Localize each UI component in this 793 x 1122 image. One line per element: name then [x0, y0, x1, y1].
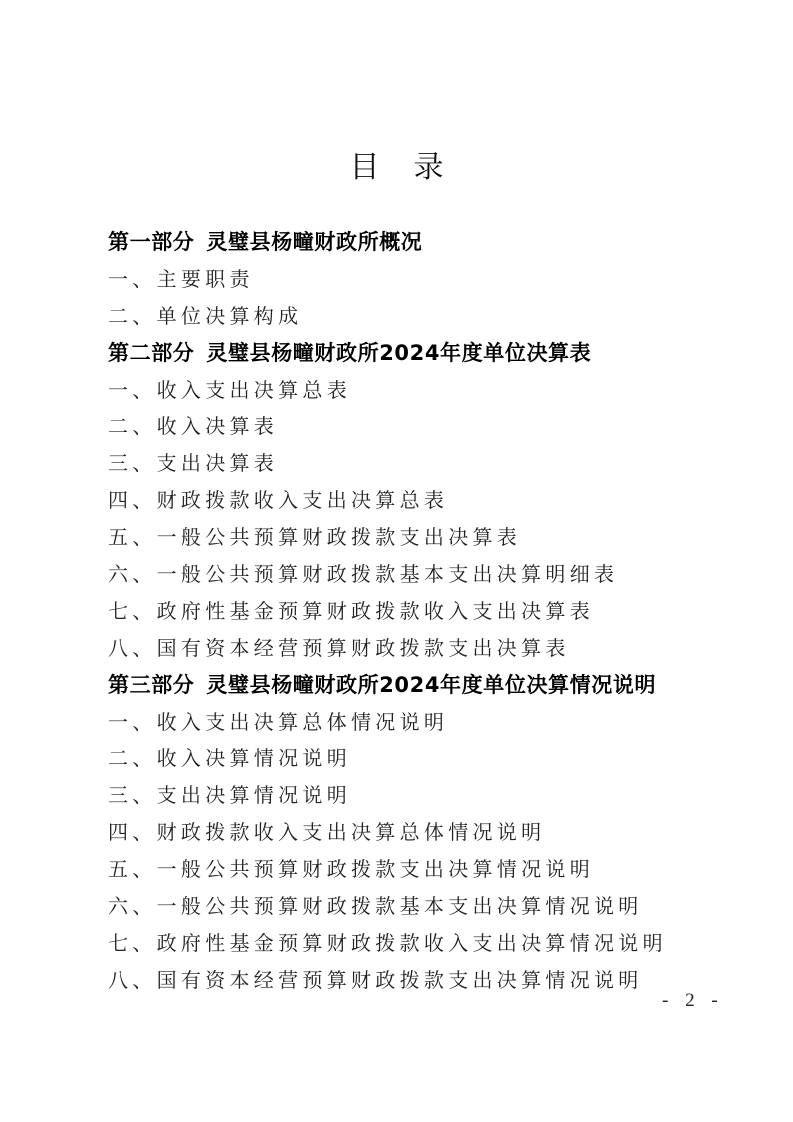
- table-of-contents: 第一部分灵璧县杨疃财政所概况 一、主要职责 二、单位决算构成 第二部分灵璧县杨疃…: [108, 224, 748, 999]
- toc-item[interactable]: 七、政府性基金预算财政拨款收入支出决算表: [108, 593, 748, 630]
- toc-item[interactable]: 三、支出决算情况说明: [108, 777, 748, 814]
- page-number: - 2 -: [662, 990, 724, 1012]
- toc-item[interactable]: 二、收入决算情况说明: [108, 740, 748, 777]
- toc-item[interactable]: 二、单位决算构成: [108, 298, 748, 335]
- toc-part-heading[interactable]: 第三部分灵璧县杨疃财政所2024年度单位决算情况说明: [108, 667, 748, 704]
- part-title: 灵璧县杨疃财政所概况: [206, 230, 422, 254]
- toc-item[interactable]: 七、政府性基金预算财政拨款收入支出决算情况说明: [108, 925, 748, 962]
- toc-item[interactable]: 八、国有资本经营预算财政拨款支出决算情况说明: [108, 962, 748, 999]
- part-label: 第一部分: [108, 230, 194, 254]
- toc-item[interactable]: 一、收入支出决算总体情况说明: [108, 704, 748, 741]
- toc-item[interactable]: 八、国有资本经营预算财政拨款支出决算表: [108, 630, 748, 667]
- toc-item[interactable]: 四、财政拨款收入支出决算总体情况说明: [108, 814, 748, 851]
- toc-item[interactable]: 六、一般公共预算财政拨款基本支出决算情况说明: [108, 888, 748, 925]
- part-label: 第三部分: [108, 673, 194, 697]
- toc-item[interactable]: 五、一般公共预算财政拨款支出决算情况说明: [108, 851, 748, 888]
- page-title: 目录: [0, 142, 793, 186]
- toc-item[interactable]: 五、一般公共预算财政拨款支出决算表: [108, 519, 748, 556]
- part-title: 灵璧县杨疃财政所2024年度单位决算情况说明: [206, 673, 656, 697]
- toc-item[interactable]: 一、收入支出决算总表: [108, 372, 748, 409]
- part-title: 灵璧县杨疃财政所2024年度单位决算表: [206, 341, 591, 365]
- toc-item[interactable]: 六、一般公共预算财政拨款基本支出决算明细表: [108, 556, 748, 593]
- toc-item[interactable]: 一、主要职责: [108, 261, 748, 298]
- part-label: 第二部分: [108, 341, 194, 365]
- toc-part-heading[interactable]: 第二部分灵璧县杨疃财政所2024年度单位决算表: [108, 335, 748, 372]
- toc-item[interactable]: 四、财政拨款收入支出决算总表: [108, 482, 748, 519]
- document-page: 目录 第一部分灵璧县杨疃财政所概况 一、主要职责 二、单位决算构成 第二部分灵璧…: [0, 0, 793, 1122]
- toc-part-heading[interactable]: 第一部分灵璧县杨疃财政所概况: [108, 224, 748, 261]
- toc-item[interactable]: 三、支出决算表: [108, 445, 748, 482]
- toc-item[interactable]: 二、收入决算表: [108, 408, 748, 445]
